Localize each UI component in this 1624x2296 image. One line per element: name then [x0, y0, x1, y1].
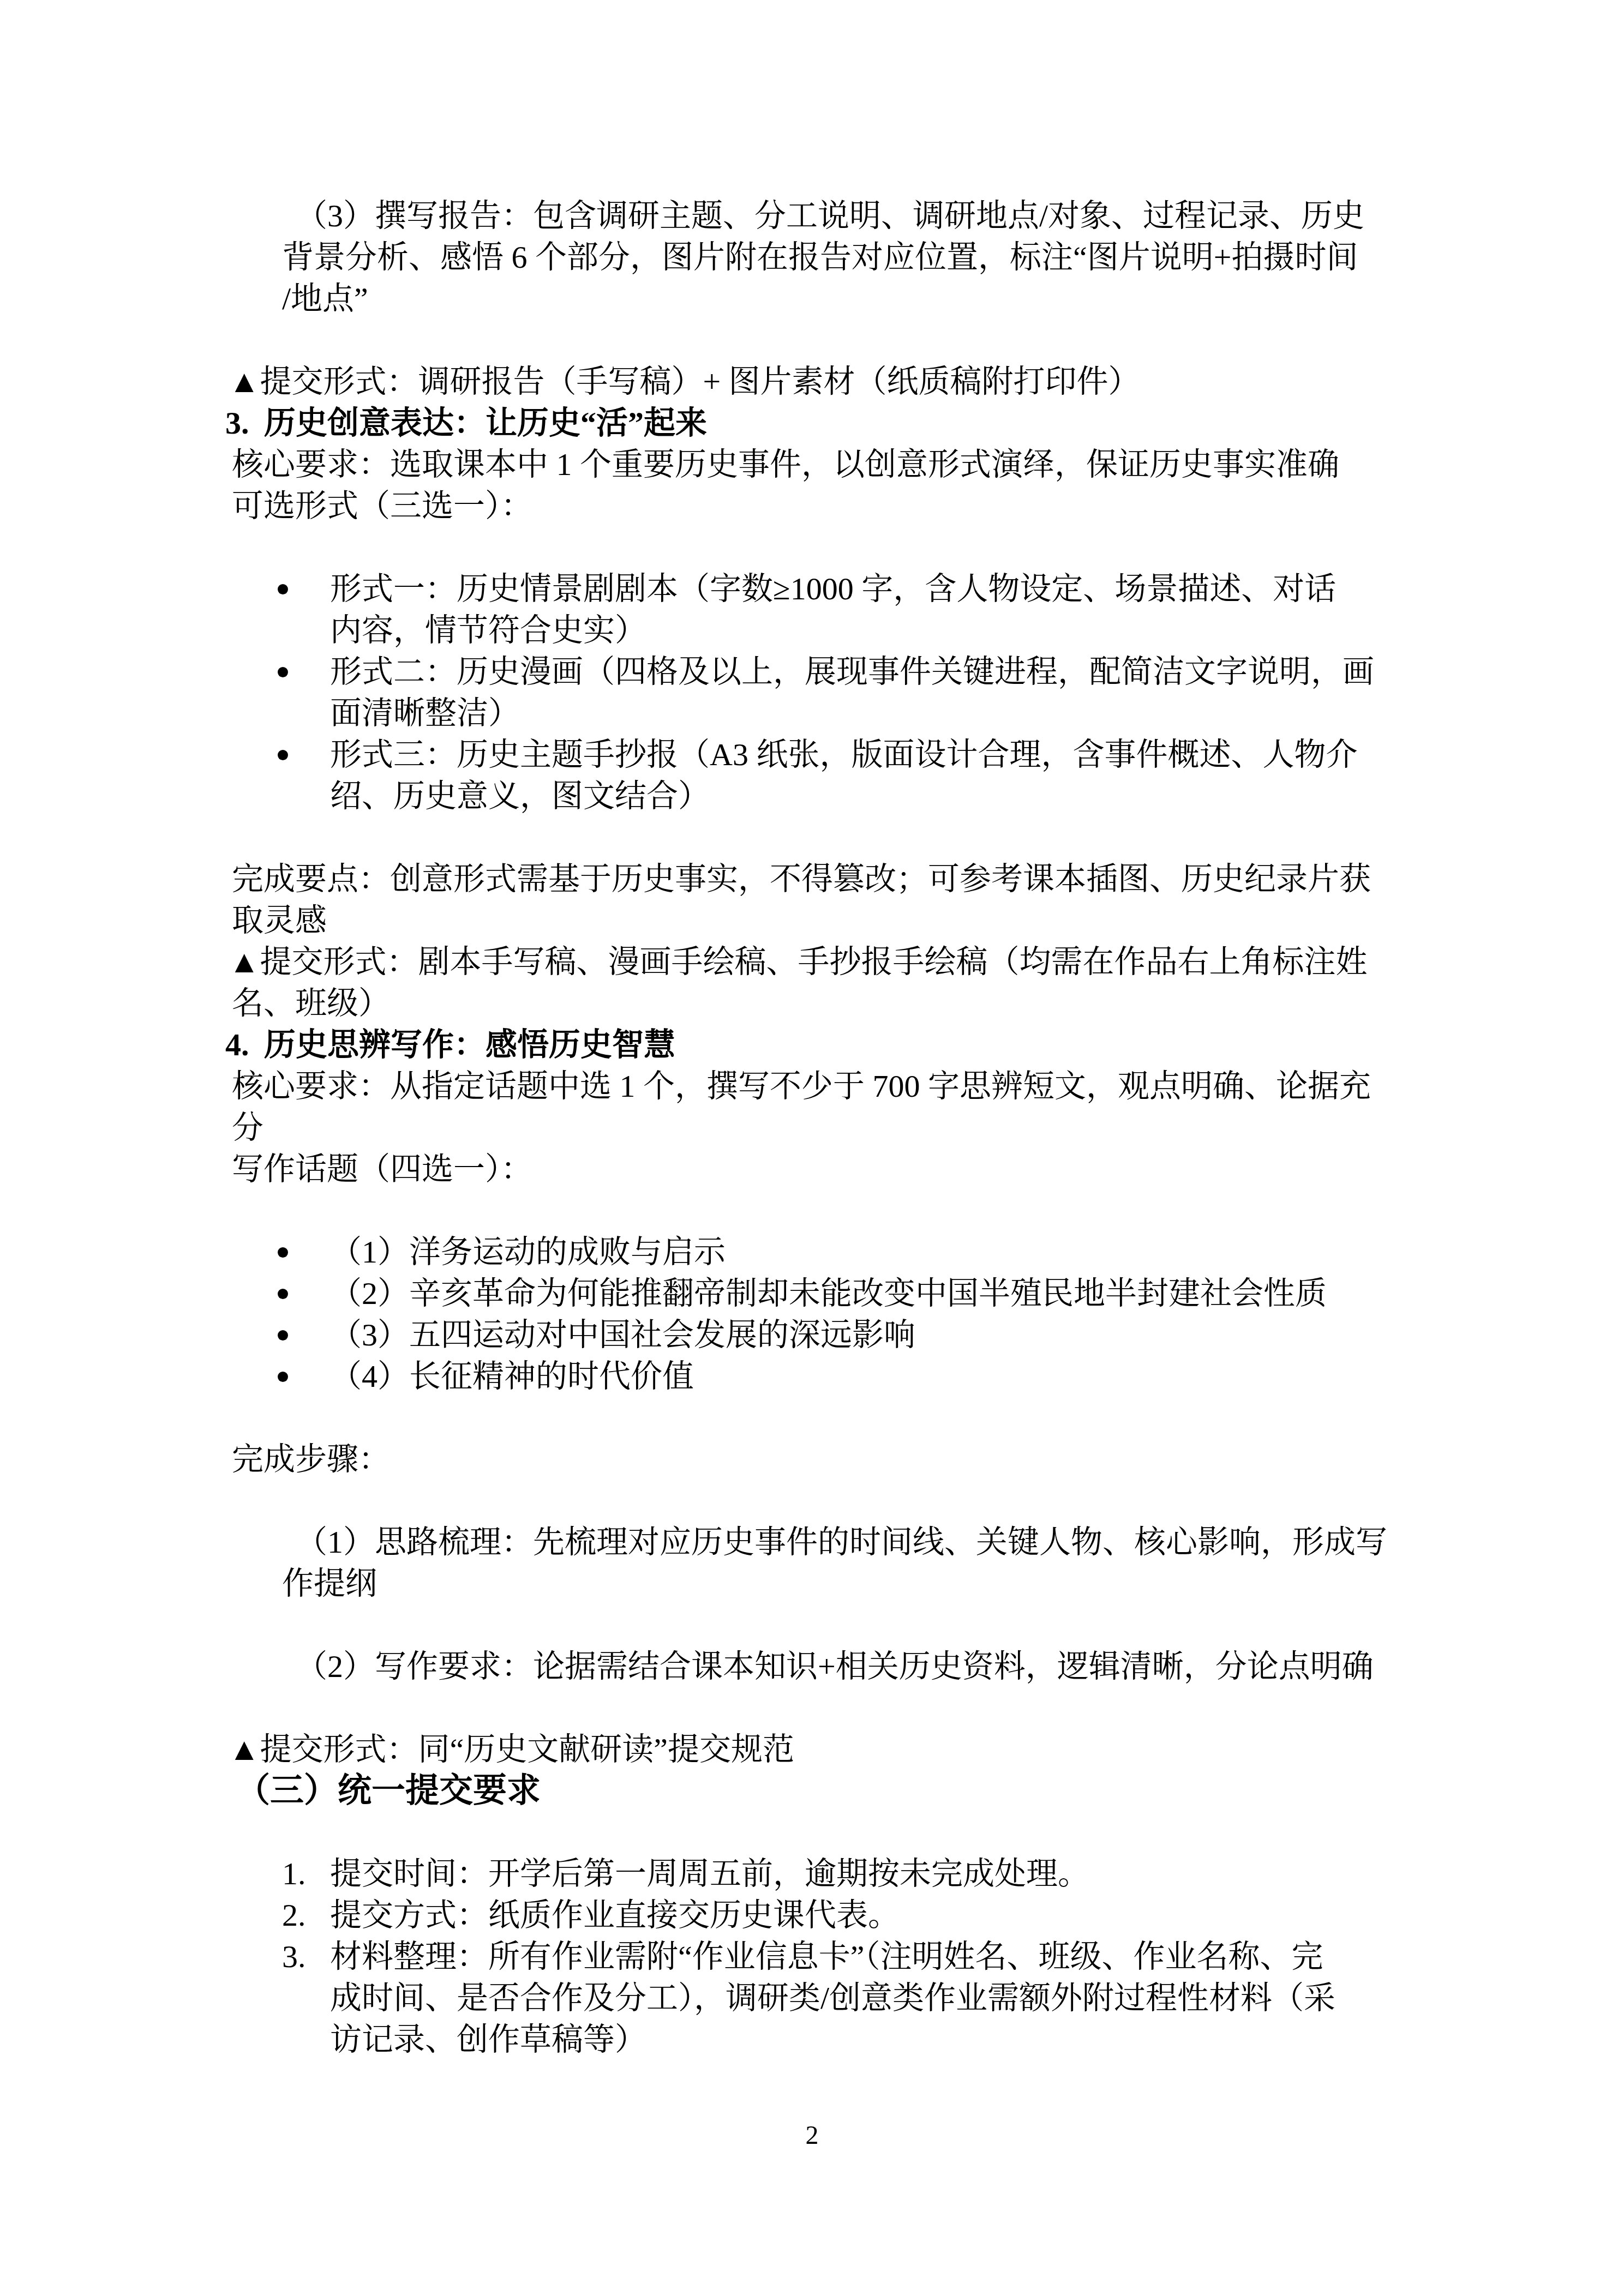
item-number: 2.: [282, 1895, 330, 1936]
line-text: 绍、历史意义，图文结合）: [330, 778, 710, 814]
paragraph-line: （1）思路梳理：先梳理对应历史事件的时间线、关键人物、核心影响，形成写: [296, 1522, 1410, 1563]
line-text: （1）思路梳理：先梳理对应历史事件的时间线、关键人物、核心影响，形成写: [296, 1524, 1387, 1560]
line-text: ▲提交形式：剧本手写稿、漫画手绘稿、手抄报手绘稿（均需在作品右上角标注姓: [229, 944, 1367, 979]
submission-note: ▲提交形式：剧本手写稿、漫画手绘稿、手抄报手绘稿（均需在作品右上角标注姓: [229, 941, 1410, 983]
spacer: [232, 1687, 1410, 1729]
bullet-icon: [278, 1372, 288, 1382]
line-text: 提交方式：纸质作业直接交历史课代表。: [330, 1897, 900, 1933]
line-text: （1）洋务运动的成败与启示: [330, 1234, 726, 1270]
document-page: （3）撰写报告：包含调研主题、分工说明、调研地点/对象、过程记录、历史背景分析、…: [0, 0, 1624, 2296]
numbered-item-continuation: 成时间、是否合作及分工），调研类/创意类作业需额外附过程性材料（采: [232, 1978, 1410, 2019]
spacer: [232, 1397, 1410, 1439]
bullet-item: 形式二：历史漫画（四格及以上，展现事件关键进程，配简洁文字说明，画: [232, 651, 1410, 693]
paragraph-line: 作提纲: [282, 1563, 1410, 1604]
numbered-item: 1.提交时间：开学后第一周周五前，逾期按未完成处理。: [232, 1853, 1410, 1895]
bullet-item-continuation: 面清晰整洁）: [232, 693, 1410, 734]
submission-note: ▲提交形式：同“历史文献研读”提交规范: [229, 1729, 1410, 1770]
bullet-item: （1）洋务运动的成败与启示: [232, 1231, 1410, 1273]
bullet-item: 形式三：历史主题手抄报（A3 纸张，版面设计合理，含事件概述、人物介: [232, 734, 1410, 776]
bullet-item-continuation: 绍、历史意义，图文结合）: [232, 776, 1410, 817]
paragraph-line: 分: [232, 1107, 1410, 1149]
line-text: （3）撰写报告：包含调研主题、分工说明、调研地点/对象、过程记录、历史: [296, 198, 1364, 233]
line-text: ▲提交形式：同“历史文献研读”提交规范: [229, 1732, 794, 1767]
line-text: （3）五四运动对中国社会发展的深远影响: [330, 1317, 915, 1353]
line-text: 面清晰整洁）: [330, 695, 520, 731]
bullet-icon: [278, 1247, 288, 1258]
line-text: 历史创意表达：让历史“活”起来: [264, 405, 707, 441]
bullet-icon: [278, 667, 288, 677]
numbered-item-continuation: 访记录、创作草稿等）: [232, 2019, 1410, 2060]
bullet-item: （4）长征精神的时代价值: [232, 1356, 1410, 1397]
paragraph-line: 核心要求：选取课本中 1 个重要历史事件，以创意形式演绎，保证历史事实准确: [232, 444, 1410, 485]
section-heading: 3.历史创意表达：让历史“活”起来: [225, 402, 1410, 444]
paragraph-line: （2）写作要求：论据需结合课本知识+相关历史资料，逻辑清晰，分论点明确: [296, 1646, 1410, 1687]
line-text: 分: [232, 1110, 263, 1145]
item-number: 3.: [225, 402, 264, 444]
numbered-item: 3.材料整理：所有作业需附“作业信息卡”（注明姓名、班级、作业名称、完: [232, 1936, 1410, 1978]
paragraph-line: 可选形式（三选一）：: [232, 485, 1410, 527]
bullet-icon: [278, 1330, 288, 1341]
item-number: 4.: [225, 1024, 264, 1066]
line-text: （2）辛亥革命为何能推翻帝制却未能改变中国半殖民地半封建社会性质: [330, 1276, 1327, 1311]
bullet-item: （3）五四运动对中国社会发展的深远影响: [232, 1314, 1410, 1356]
spacer: [232, 1604, 1410, 1646]
line-text: 内容，情节符合史实）: [330, 612, 646, 648]
line-text: 材料整理：所有作业需附“作业信息卡”（注明姓名、班级、作业名称、完: [330, 1939, 1323, 1974]
paragraph-line: 完成要点：创意形式需基于历史事实，不得篡改；可参考课本插图、历史纪录片获: [232, 858, 1410, 900]
line-text: 形式三：历史主题手抄报（A3 纸张，版面设计合理，含事件概述、人物介: [330, 737, 1357, 772]
submission-note: ▲提交形式：调研报告（手写稿）+ 图片素材（纸质稿附打印件）: [229, 361, 1410, 402]
bullet-item-continuation: 内容，情节符合史实）: [232, 610, 1410, 651]
line-text: 完成要点：创意形式需基于历史事实，不得篡改；可参考课本插图、历史纪录片获: [232, 861, 1371, 897]
spacer: [232, 527, 1410, 568]
numbered-item: 2.提交方式：纸质作业直接交历史课代表。: [232, 1895, 1410, 1936]
section-heading: 4.历史思辨写作：感悟历史智慧: [225, 1024, 1410, 1066]
line-text: 核心要求：选取课本中 1 个重要历史事件，以创意形式演绎，保证历史事实准确: [232, 447, 1339, 482]
page-number: 2: [0, 2119, 1624, 2152]
line-text: 完成步骤：: [232, 1441, 390, 1477]
bullet-item: 形式一：历史情景剧剧本（字数≥1000 字，含人物设定、场景描述、对话: [232, 568, 1410, 610]
sub-section-heading: （三）统一提交要求: [236, 1770, 1410, 1812]
spacer: [232, 1480, 1410, 1522]
line-text: 历史思辨写作：感悟历史智慧: [264, 1027, 675, 1062]
item-number: 1.: [282, 1853, 330, 1895]
line-text: 形式二：历史漫画（四格及以上，展现事件关键进程，配简洁文字说明，画: [330, 654, 1374, 689]
line-text: 作提纲: [282, 1566, 377, 1601]
spacer: [232, 1812, 1410, 1853]
paragraph-line: 完成步骤：: [232, 1439, 1410, 1480]
bullet-item: （2）辛亥革命为何能推翻帝制却未能改变中国半殖民地半封建社会性质: [232, 1273, 1410, 1314]
bullet-icon: [278, 1289, 288, 1299]
spacer: [232, 817, 1410, 858]
item-number: 3.: [282, 1936, 330, 1978]
line-text: 提交时间：开学后第一周周五前，逾期按未完成处理。: [330, 1856, 1089, 1891]
line-text: 形式一：历史情景剧剧本（字数≥1000 字，含人物设定、场景描述、对话: [330, 571, 1336, 606]
bullet-icon: [278, 584, 288, 594]
paragraph-line: 核心要求：从指定话题中选 1 个，撰写不少于 700 字思辨短文，观点明确、论据…: [232, 1066, 1410, 1107]
paragraph-line: 取灵感: [232, 900, 1410, 941]
line-text: （三）统一提交要求: [236, 1772, 541, 1810]
paragraph-line: （3）撰写报告：包含调研主题、分工说明、调研地点/对象、过程记录、历史: [296, 195, 1410, 237]
line-text: 访记录、创作草稿等）: [330, 2022, 646, 2057]
line-text: /地点”: [282, 281, 368, 316]
line-text: 取灵感: [232, 903, 327, 938]
line-text: （2）写作要求：论据需结合课本知识+相关历史资料，逻辑清晰，分论点明确: [296, 1649, 1374, 1684]
line-text: 核心要求：从指定话题中选 1 个，撰写不少于 700 字思辨短文，观点明确、论据…: [232, 1068, 1371, 1104]
paragraph-line: 名、班级）: [232, 983, 1410, 1024]
document-content: （3）撰写报告：包含调研主题、分工说明、调研地点/对象、过程记录、历史背景分析、…: [232, 195, 1410, 2060]
line-text: 成时间、是否合作及分工），调研类/创意类作业需额外附过程性材料（采: [330, 1980, 1335, 2016]
paragraph-line: 写作话题（四选一）：: [232, 1149, 1410, 1190]
line-text: 背景分析、感悟 6 个部分，图片附在报告对应位置，标注“图片说明+拍摄时间: [282, 239, 1358, 275]
line-text: （4）长征精神的时代价值: [330, 1359, 694, 1394]
line-text: 可选形式（三选一）：: [232, 488, 532, 524]
line-text: ▲提交形式：调研报告（手写稿）+ 图片素材（纸质稿附打印件）: [229, 364, 1140, 399]
line-text: 写作话题（四选一）：: [232, 1151, 532, 1187]
spacer: [232, 1190, 1410, 1231]
spacer: [232, 320, 1410, 361]
paragraph-line: 背景分析、感悟 6 个部分，图片附在报告对应位置，标注“图片说明+拍摄时间: [282, 237, 1410, 278]
line-text: 名、班级）: [232, 985, 390, 1021]
paragraph-line: /地点”: [282, 278, 1410, 320]
bullet-icon: [278, 750, 288, 760]
